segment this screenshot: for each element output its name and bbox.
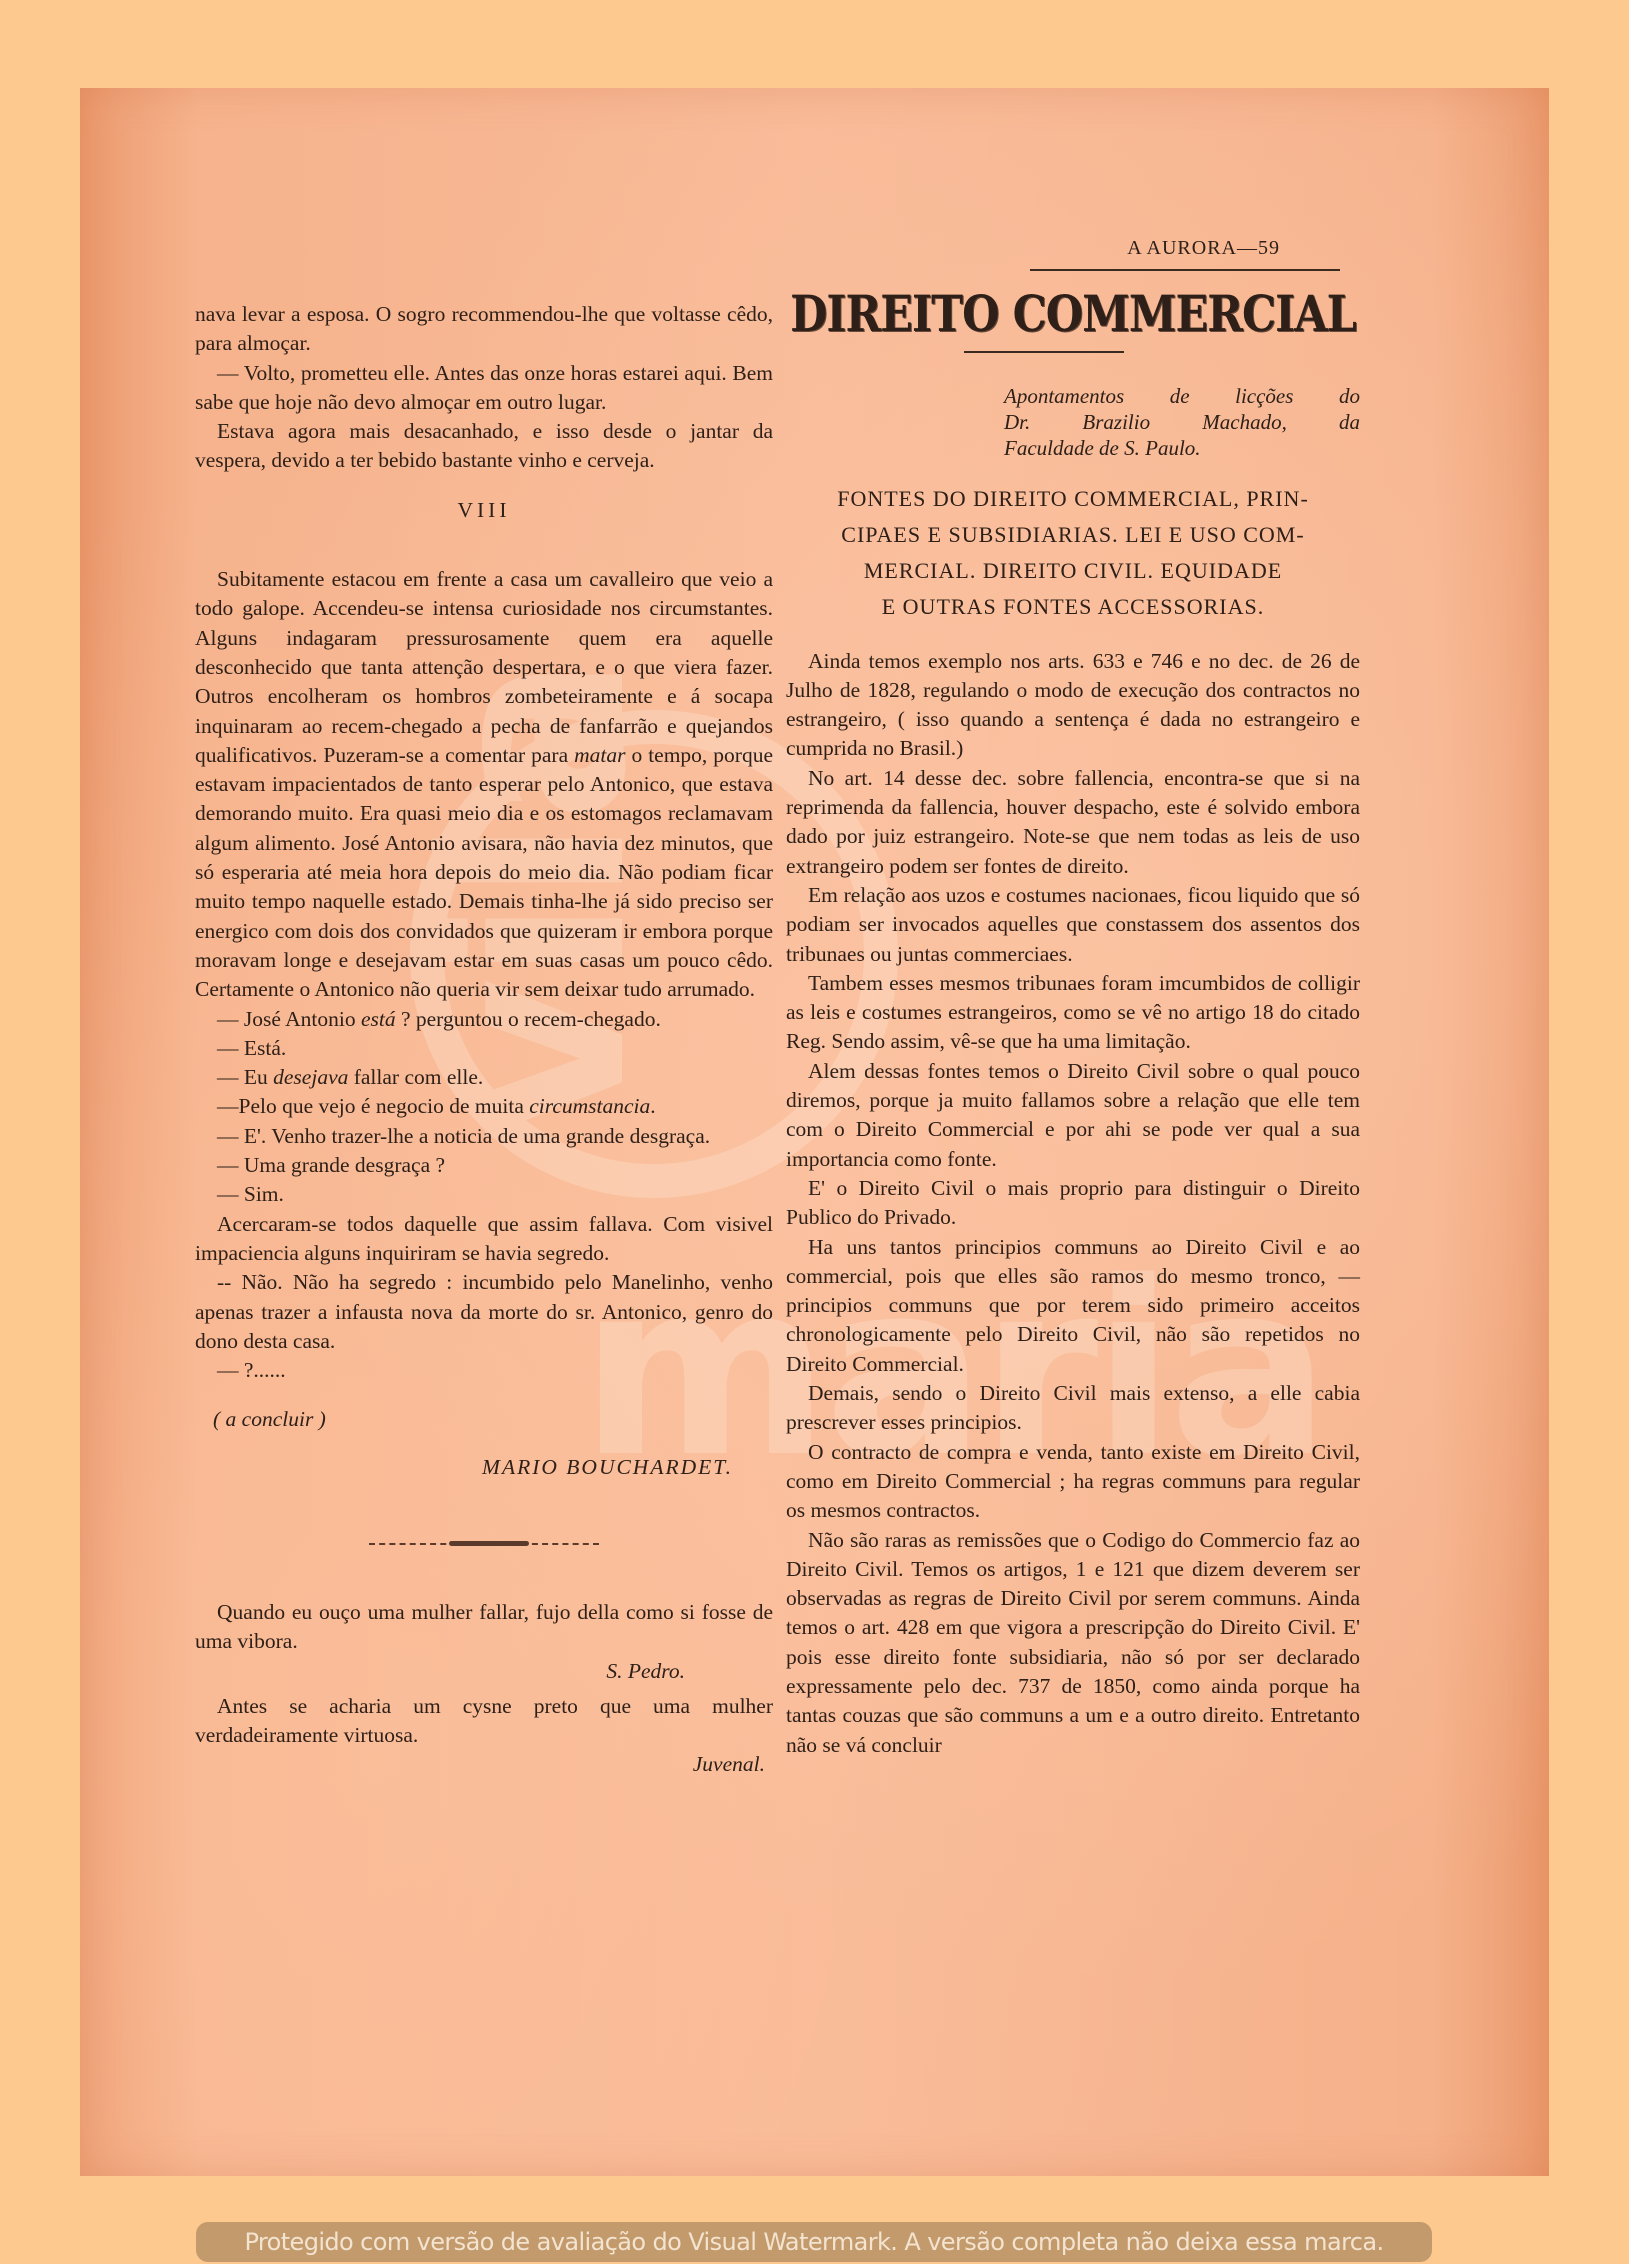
quote-attribution: S. Pedro. [195, 1657, 685, 1686]
left-column: nava levar a esposa. O sogro recommendou… [195, 300, 773, 1780]
narrative-paragraph: Subitamente estacou em frente a casa um … [195, 565, 773, 1004]
paragraph: No art. 14 desse dec. sobre fallencia, e… [786, 764, 1360, 881]
quote-attribution: Juvenal. [195, 1750, 765, 1779]
right-column: A AURORA—59 DIREITO COMMERCIAL Apontamen… [786, 234, 1360, 1760]
paragraph: Ha uns tantos principios communs ao Dire… [786, 1233, 1360, 1379]
to-be-continued-note: ( a concluir ) [213, 1405, 773, 1434]
article-byline: Apontamentos de licções do Dr. Brazilio … [1004, 383, 1360, 461]
article-subheading: FONTES DO DIREITO COMMERCIAL, PRIN- CIPA… [786, 481, 1360, 625]
dialogue-line: — Está. [195, 1034, 773, 1063]
subheading-line: FONTES DO DIREITO COMMERCIAL, PRIN- [837, 486, 1309, 511]
dialogue-line: — José Antonio está ? perguntou o recem-… [195, 1005, 773, 1034]
byline-line: Dr. Brazilio Machado, da [1004, 409, 1360, 435]
chapter-number: VIII [195, 496, 773, 525]
paragraph: O contracto de compra e venda, tanto exi… [786, 1438, 1360, 1526]
byline-line: Apontamentos de licções do [1004, 383, 1360, 409]
dialogue-line: — Sim. [195, 1180, 773, 1209]
dialogue-line: — Uma grande desgraça ? [195, 1151, 773, 1180]
subheading-line: MERCIAL. DIREITO CIVIL. EQUIDADE [864, 558, 1282, 583]
paragraph: Em relação aos uzos e costumes nacionaes… [786, 881, 1360, 969]
title-rule [964, 351, 1124, 353]
byline-line: Faculdade de S. Paulo. [1004, 435, 1360, 461]
paragraph: Ainda temos exemplo nos arts. 633 e 746 … [786, 647, 1360, 764]
subheading-line: E OUTRAS FONTES ACCESSORIAS. [882, 594, 1265, 619]
paragraph: -- Não. Não ha segredo : incumbido pelo … [195, 1268, 773, 1356]
dialogue-line: — Eu desejava fallar com elle. [195, 1063, 773, 1092]
paragraph: Tambem esses mesmos tribunaes foram imcu… [786, 969, 1360, 1057]
article-title: DIREITO COMMERCIAL [786, 299, 1360, 333]
paragraph: Demais, sendo o Direito Civil mais exten… [786, 1379, 1360, 1438]
paragraph: nava levar a esposa. O sogro recommendou… [195, 300, 773, 359]
paragraph: — Volto, prometteu elle. Antes das onze … [195, 359, 773, 418]
quote-text: Antes se acharia um cysne preto que uma … [195, 1692, 773, 1751]
running-head: A AURORA—59 [786, 234, 1360, 263]
paragraph: Acercaram-se todos daquelle que assim fa… [195, 1210, 773, 1269]
paragraph: Alem dessas fontes temos o Direito Civil… [786, 1057, 1360, 1174]
dialogue-line: —Pelo que vejo é negocio de muita circum… [195, 1092, 773, 1121]
paragraph: E' o Direito Civil o mais proprio para d… [786, 1174, 1360, 1233]
paragraph: Estava agora mais desacanhado, e isso de… [195, 417, 773, 476]
subheading-line: CIPAES E SUBSIDIARIAS. LEI E USO COM- [841, 522, 1304, 547]
dialogue-line: — E'. Venho trazer-lhe a noticia de uma … [195, 1122, 773, 1151]
paragraph: Não são raras as remissões que o Codigo … [786, 1526, 1360, 1760]
header-rule [1030, 269, 1340, 271]
quote-text: Quando eu ouço uma mulher fallar, fujo d… [195, 1598, 773, 1657]
trial-watermark-banner: Protegido com versão de avaliação do Vis… [196, 2222, 1432, 2262]
author-signature: MARIO BOUCHARDET. [195, 1453, 733, 1482]
paragraph: — ?...... [195, 1356, 773, 1385]
ornamental-divider-icon [369, 1540, 599, 1548]
